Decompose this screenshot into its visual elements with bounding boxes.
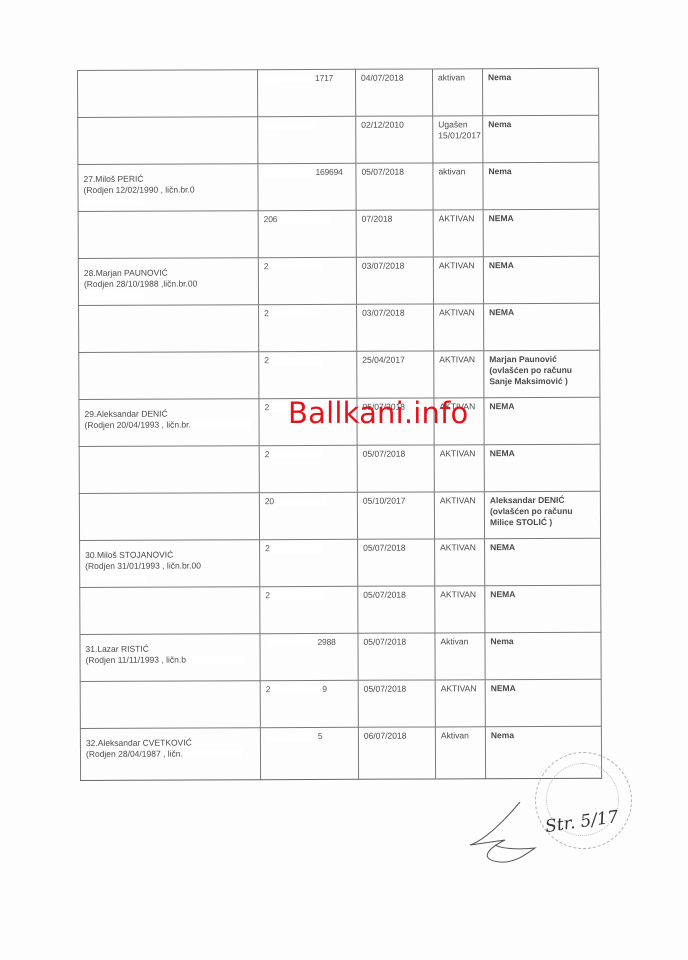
redaction [270, 685, 322, 694]
owner-cell [79, 446, 259, 494]
owner-cell: 32.Aleksandar CVETKOVIĆ (Rodjen 28/04/19… [80, 728, 260, 781]
owner-cell [78, 117, 258, 165]
redaction [84, 291, 144, 300]
opening-date-cell: 03/07/2018 [357, 304, 434, 351]
redaction [85, 573, 145, 582]
account-number-cell: 5 [260, 727, 358, 779]
table-row: 29 05/07/2018 AKTIVAN NEMA [80, 679, 601, 728]
redaction [270, 591, 322, 600]
owner-name [83, 79, 253, 80]
table-row: 2 03/07/2018 AKTIVAN NEMA [79, 303, 600, 352]
redaction [186, 656, 246, 665]
status-cell: Ugašen 15/01/2017 [433, 116, 483, 163]
redaction [265, 638, 317, 647]
authorization-cell: NEMA [485, 679, 601, 727]
status-cell: AKTIVAN [434, 492, 484, 539]
owner-details [85, 455, 255, 456]
authorization-cell: Nema [482, 68, 598, 116]
authorization-cell: NEMA [483, 256, 599, 304]
owner-cell: 31.Lazar RISTIĆ (Rodjen 11/11/1993 , lič… [80, 634, 260, 682]
owner-details: (Rodjen 12/02/1990 , ličn.br.0 [84, 184, 254, 207]
opening-date-cell: 05/07/2018 [356, 163, 433, 210]
owner-name [85, 502, 255, 503]
redaction [269, 450, 321, 459]
authorization-cell: Marjan Paunović (ovlašćen po računu Sanj… [484, 350, 600, 398]
owner-name [84, 361, 254, 362]
owner-details: (Rodjen 31/01/1993 , ličn.br.00 [85, 560, 255, 583]
redaction [191, 420, 251, 429]
owner-cell [80, 681, 260, 729]
authorization-cell: NEMA [485, 538, 601, 586]
opening-date-cell: 05/07/2018 [358, 680, 435, 727]
owner-cell: 28.Marjan PAUNOVIĆ (Rodjen 28/10/1988 ,l… [78, 258, 258, 306]
account-number-cell: 2 [259, 351, 357, 398]
owner-details: (Rodjen 28/10/1988 ,ličn.br.00 [84, 278, 254, 301]
owner-details: (Rodjen 11/11/1993 , ličn.b [86, 654, 256, 666]
opening-date-cell: 25/04/2017 [357, 351, 434, 398]
account-number-cell: 1717 [258, 69, 356, 116]
redaction [277, 215, 329, 224]
account-number-cell [258, 116, 356, 163]
owner-cell: 29.Aleksandar DENIĆ (Rodjen 20/04/1993 ,… [79, 399, 259, 447]
owner-details [83, 79, 253, 80]
account-number-cell: 2 [260, 586, 358, 633]
table-row: 2 05/07/2018 AKTIVAN NEMA [79, 444, 600, 493]
owner-cell [78, 70, 258, 118]
owner-name: 28.Marjan PAUNOVIĆ [84, 267, 254, 279]
owner-details [83, 126, 253, 127]
opening-date-cell: 05/10/2017 [357, 492, 434, 539]
owner-details [84, 361, 254, 362]
owner-details [85, 502, 255, 503]
redaction [270, 544, 322, 553]
status-cell: AKTIVAN [435, 586, 485, 633]
account-number-cell: 29 [260, 680, 358, 727]
redaction [269, 356, 321, 365]
account-number-cell: 2 [259, 445, 357, 492]
account-number-cell: 2 [259, 304, 357, 351]
status-cell: AKTIVAN [435, 539, 485, 586]
account-number-cell: 2988 [260, 633, 358, 680]
opening-date-cell: 04/07/2018 [355, 69, 432, 116]
scanned-page: 1717 04/07/2018 aktivan Nema 02/12/2010 … [0, 0, 688, 960]
redaction [84, 197, 144, 206]
opening-date-cell: 06/07/2018 [358, 727, 435, 779]
table-row: 2 05/07/2018 AKTIVAN NEMA [80, 585, 601, 634]
redaction [183, 750, 243, 759]
status-cell: AKTIVAN [435, 680, 485, 727]
table-row: 30.Miloš STOJANOVIĆ (Rodjen 31/01/1993 ,… [80, 538, 601, 587]
owner-cell [79, 352, 259, 400]
owner-details [84, 220, 254, 221]
owner-details [84, 314, 254, 315]
owner-name: 30.Miloš STOJANOVIĆ [85, 549, 255, 561]
status-cell: AKTIVAN [433, 210, 483, 257]
status-cell: AKTIVAN [433, 257, 483, 304]
redaction [263, 74, 315, 83]
table-row: 31.Lazar RISTIĆ (Rodjen 11/11/1993 , lič… [80, 632, 601, 681]
authorization-cell: NEMA [484, 397, 600, 445]
authorization-cell: Nema [485, 632, 601, 680]
owner-cell [79, 493, 259, 541]
status-cell: AKTIVAN [434, 351, 484, 398]
owner-details: (Rodjen 20/04/1993 , ličn.br. [85, 419, 255, 431]
redaction [268, 262, 320, 271]
owner-name [84, 220, 254, 221]
owner-name: 27.Miloš PERIĆ [83, 173, 253, 185]
owner-cell: 27.Miloš PERIĆ (Rodjen 12/02/1990 , ličn… [78, 164, 258, 212]
owner-name [86, 690, 256, 691]
owner-name [83, 126, 253, 127]
status-cell: Aktivan [435, 727, 485, 779]
table-row: 02/12/2010 Ugašen 15/01/2017 Nema [78, 115, 599, 164]
redaction [269, 309, 321, 318]
status-cell: Aktivan [435, 633, 485, 680]
account-number-cell: 206 [258, 210, 356, 257]
owner-cell [79, 305, 259, 353]
table-row: 20 05/10/2017 AKTIVAN Aleksandar DENIĆ (… [79, 491, 600, 540]
opening-date-cell: 05/07/2018 [358, 539, 435, 586]
authorization-cell: Aleksandar DENIĆ (ovlašćen po računu Mil… [484, 491, 600, 539]
account-number-cell: 2 [260, 539, 358, 586]
status-cell: aktivan [432, 69, 482, 116]
owner-cell: 30.Miloš STOJANOVIĆ (Rodjen 31/01/1993 ,… [80, 540, 260, 588]
signature [465, 800, 555, 870]
authorization-cell: NEMA [483, 209, 599, 257]
opening-date-cell: 05/07/2018 [358, 586, 435, 633]
table-row: 2 25/04/2017 AKTIVAN Marjan Paunović (ov… [79, 350, 600, 399]
authorization-cell: NEMA [484, 444, 600, 492]
authorization-cell: NEMA [485, 585, 601, 633]
owner-name: 31.Lazar RISTIĆ [86, 643, 256, 655]
owner-cell [78, 211, 258, 259]
table-row: 1717 04/07/2018 aktivan Nema [78, 68, 599, 117]
opening-date-cell: 05/07/2018 [358, 633, 435, 680]
redaction [263, 121, 315, 130]
opening-date-cell: 07/2018 [356, 210, 433, 257]
owner-name: 32.Aleksandar CVETKOVIĆ [86, 737, 256, 749]
owner-cell [80, 587, 260, 635]
table-row: 28.Marjan PAUNOVIĆ (Rodjen 28/10/1988 ,l… [78, 256, 599, 305]
owner-name [85, 596, 255, 597]
status-cell: AKTIVAN [434, 304, 484, 351]
owner-details [85, 596, 255, 597]
redaction [274, 497, 326, 506]
table-row: 27.Miloš PERIĆ (Rodjen 12/02/1990 , ličn… [78, 162, 599, 211]
opening-date-cell: 02/12/2010 [356, 116, 433, 163]
authorization-cell: NEMA [484, 303, 600, 351]
status-cell: aktivan [433, 163, 483, 210]
authorization-cell: Nema [483, 162, 599, 210]
opening-date-cell: 05/07/2018 [357, 445, 434, 492]
owner-name: 29.Aleksandar DENIĆ [84, 408, 254, 420]
owner-details: (Rodjen 28/04/1987 , ličn. [86, 748, 256, 760]
authorization-cell: Nema [483, 115, 599, 163]
account-number-cell: 2 [258, 257, 356, 304]
owner-details [86, 690, 256, 691]
owner-name [84, 314, 254, 315]
account-number-cell: 169694 [258, 163, 356, 210]
table-row: 32.Aleksandar CVETKOVIĆ (Rodjen 28/04/19… [80, 726, 601, 780]
opening-date-cell: 03/07/2018 [356, 257, 433, 304]
table-row: 206 07/2018 AKTIVAN NEMA [78, 209, 599, 258]
status-cell: AKTIVAN [434, 445, 484, 492]
redaction [266, 732, 318, 741]
redaction [263, 168, 315, 177]
account-number-cell: 20 [259, 492, 357, 539]
watermark: Ballkani.info [288, 396, 468, 430]
owner-name [85, 455, 255, 456]
